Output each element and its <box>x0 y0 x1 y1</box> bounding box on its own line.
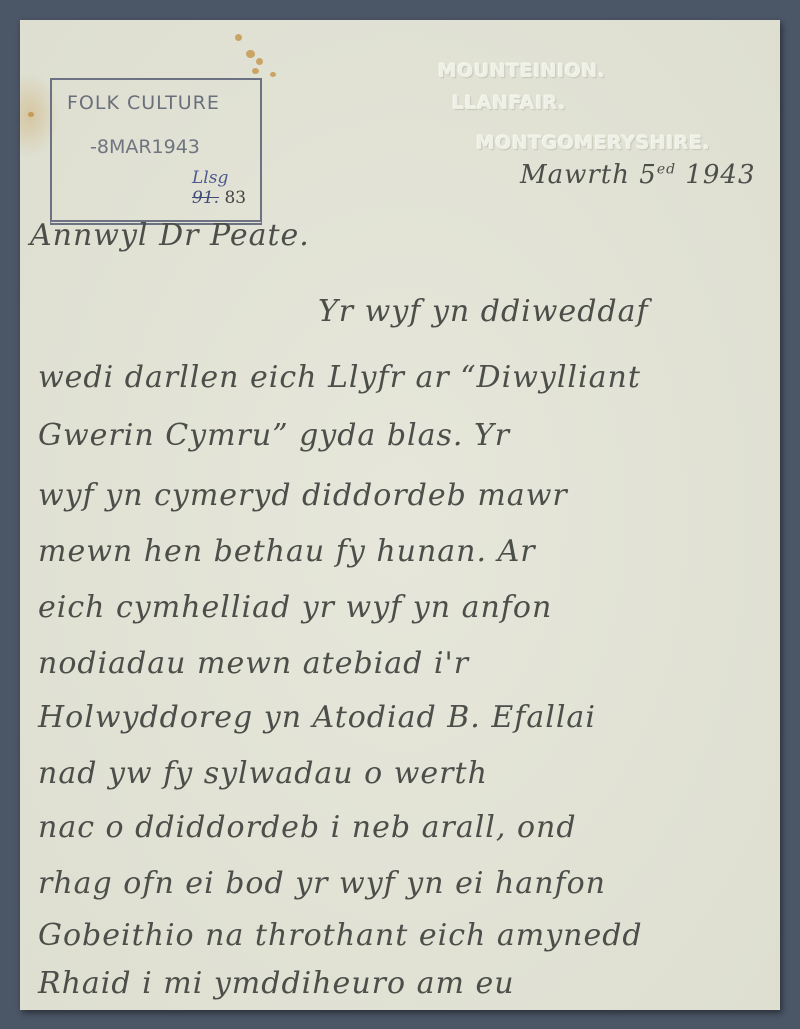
rust-stain <box>28 112 34 117</box>
letterhead-line-3: MONTGOMERYSHIRE. <box>476 132 710 154</box>
stamp-date: -8MAR1943 <box>90 136 200 158</box>
body-line: wyf yn cymeryd diddordeb mawr <box>38 478 568 513</box>
date-day: Mawrth 5 <box>520 160 657 190</box>
body-line: eich cymhelliad yr wyf yn anfon <box>38 590 552 625</box>
ref-number: 83 <box>224 188 246 208</box>
rust-stain <box>256 58 263 65</box>
body-line: nodiadau mewn atebiad i'r <box>38 646 469 681</box>
rust-stain <box>252 68 259 74</box>
body-line: rhag ofn ei bod yr wyf yn ei hanfon <box>38 866 606 901</box>
letterhead-line-1: MOUNTEINION. <box>438 60 606 82</box>
body-line: Holwyddoreg yn Atodiad B. Efallai <box>38 700 596 735</box>
rust-stain <box>270 72 276 77</box>
body-line: wedi darllen eich Llyfr ar “Diwylliant <box>38 360 641 395</box>
salutation: Annwyl Dr Peate. <box>30 218 310 253</box>
body-line: nad yw fy sylwadau o werth <box>38 756 488 791</box>
body-line: Yr wyf yn ddiweddaf <box>318 294 649 329</box>
rust-stain <box>246 50 255 58</box>
date-year: 1943 <box>685 160 755 190</box>
body-line: Gwerin Cymru” gyda blas. Yr <box>38 418 510 453</box>
folk-culture-received-stamp: FOLK CULTURE -8MAR1943 Llsg 91. 83 <box>50 78 262 225</box>
body-line: Gobeithio na throthant eich amynedd <box>38 918 643 953</box>
body-line: Rhaid i mi ymddiheuro am eu <box>38 966 515 1001</box>
body-line: mewn hen bethau fy hunan. Ar <box>38 534 536 569</box>
stamp-department: FOLK CULTURE <box>67 92 220 114</box>
ref-prefix: Llsg <box>192 168 228 188</box>
letter-page: FOLK CULTURE -8MAR1943 Llsg 91. 83 MOUNT… <box>20 20 780 1010</box>
body-line: nac o ddiddordeb i neb arall, ond <box>38 810 577 845</box>
rust-stain <box>235 34 242 41</box>
stamp-reference: Llsg 91. 83 <box>192 168 260 208</box>
letter-date: Mawrth 5ed 1943 <box>520 160 756 190</box>
date-suffix: ed <box>657 161 676 177</box>
ref-struck: 91. <box>192 188 219 208</box>
letterhead-line-2: LLANFAIR. <box>452 92 566 114</box>
